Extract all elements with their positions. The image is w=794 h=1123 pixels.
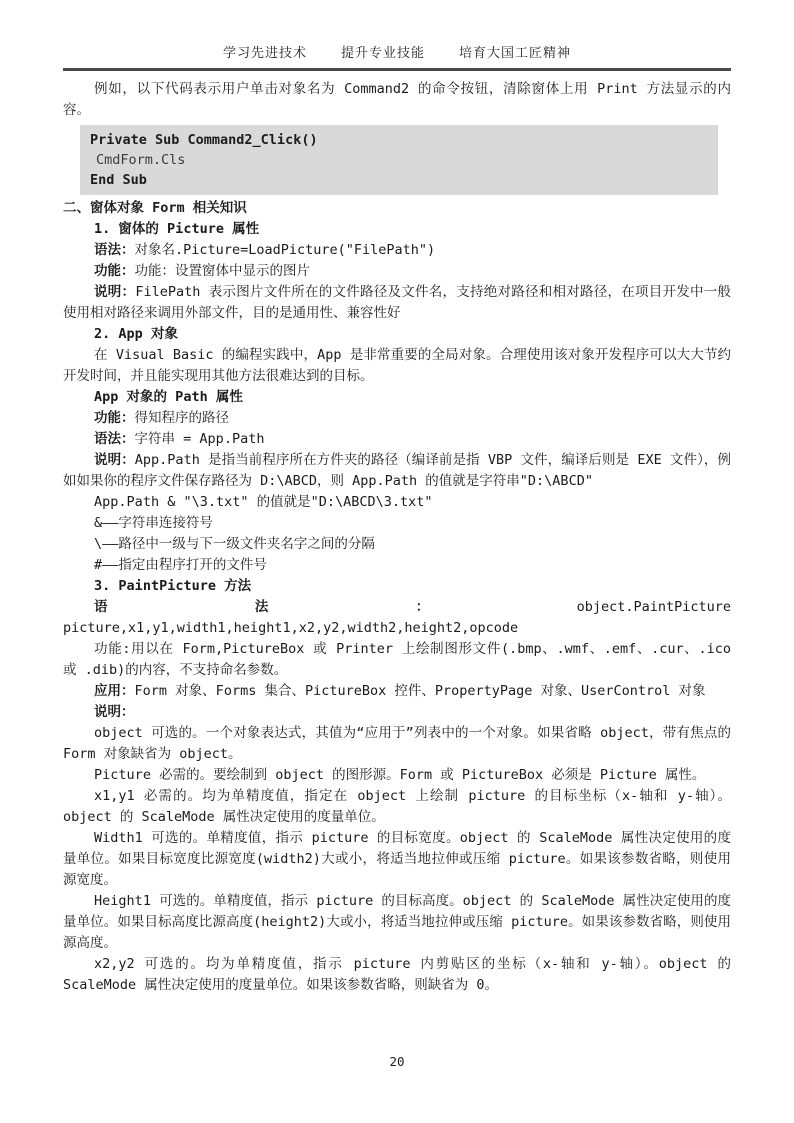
sub2-example-line: App.Path & "\3.txt" 的值就是"D:\ABCD\3.txt" <box>63 492 731 513</box>
sub1-syntax: 语法：对象名.Picture=LoadPicture("FilePath") <box>63 240 731 261</box>
sub1-note: 说明：FilePath 表示图片文件所在的文件路径及文件名，支持绝对路径和相对路… <box>63 282 731 324</box>
sub3-title: 3. PaintPicture 方法 <box>63 576 731 597</box>
header-slogan-3: 培育大国工匠精神 <box>459 42 571 61</box>
header-slogan-1: 学习先进技术 <box>223 42 307 61</box>
sub3-para-width1: Width1 可选的。单精度值，指示 picture 的目标宽度。object … <box>63 828 731 891</box>
note-text: FilePath 表示图片文件所在的文件路径及文件名，支持绝对路径和相对路径，在… <box>63 284 731 321</box>
function-label: 功能： <box>94 263 135 279</box>
code-line: End Sub <box>90 170 710 190</box>
document-body: 例如，以下代码表示用户单击对象名为 Command2 的命令按钮，清除窗体上用 … <box>63 79 731 996</box>
function-text: 功能：设置窗体中显示的图片 <box>135 263 311 279</box>
intro-paragraph: 例如，以下代码表示用户单击对象名为 Command2 的命令按钮，清除窗体上用 … <box>63 79 731 121</box>
sub2-path-property-title: App 对象的 Path 属性 <box>63 387 731 408</box>
syntax-text: 对象名.Picture=LoadPicture("FilePath") <box>135 242 436 258</box>
sub2-intro: 在 Visual Basic 的编程实践中，App 是非常重要的全局对象。合理使… <box>63 345 731 387</box>
note-label: 说明： <box>94 284 135 300</box>
sub1-function: 功能：功能：设置窗体中显示的图片 <box>63 261 731 282</box>
section-title: 二、窗体对象 Form 相关知识 <box>63 198 731 219</box>
code-line: Private Sub Command2_Click() <box>90 130 710 150</box>
page-header: 学习先进技术 提升专业技能 培育大国工匠精神 <box>63 42 731 71</box>
code-block: Private Sub Command2_Click() CmdForm.Cls… <box>80 125 718 195</box>
sub2-backslash-line: \——路径中一级与下一级文件夹名字之间的分隔 <box>63 534 731 555</box>
syntax-label: 语法： <box>94 242 135 258</box>
sub2-syntax: 语法：字符串 = App.Path <box>63 429 731 450</box>
syntax-text: 字符串 = App.Path <box>135 431 265 447</box>
header-slogan-2: 提升专业技能 <box>341 42 425 61</box>
code-line: CmdForm.Cls <box>90 150 710 170</box>
sub3-para-x1y1: x1,y1 必需的。均为单精度值，指定在 object 上绘制 picture … <box>63 786 731 828</box>
sub2-amp-line: &——字符串连接符号 <box>63 513 731 534</box>
syntax-label: 语法： <box>94 599 577 615</box>
document-page: 学习先进技术 提升专业技能 培育大国工匠精神 例如，以下代码表示用户单击对象名为… <box>0 0 794 1123</box>
page-number: 20 <box>0 1054 794 1069</box>
sub3-para-object: object 可选的。一个对象表达式，其值为“应用于”列表中的一个对象。如果省略… <box>63 723 731 765</box>
sub2-function: 功能：得知程序的路径 <box>63 408 731 429</box>
sub3-function: 功能:用以在 Form,PictureBox 或 Printer 上绘制图形文件… <box>63 639 731 681</box>
function-label: 功能： <box>94 410 135 426</box>
apply-text: Form 对象、Forms 集合、PictureBox 控件、PropertyP… <box>135 683 706 699</box>
sub1-title: 1. 窗体的 Picture 属性 <box>63 219 731 240</box>
syntax-label: 语法： <box>94 431 135 447</box>
sub3-syntax: 语法：object.PaintPicture picture,x1,y1,wid… <box>63 597 731 639</box>
sub2-note: 说明：App.Path 是指当前程序所在方件夹的路径（编译前是指 VBP 文件，… <box>63 450 731 492</box>
note-label: 说明： <box>94 452 135 468</box>
apply-label: 应用： <box>94 683 135 699</box>
sub2-title: 2. App 对象 <box>63 324 731 345</box>
function-text: 得知程序的路径 <box>135 410 230 426</box>
sub3-note-label: 说明： <box>63 702 731 723</box>
sub2-hash-line: #——指定由程序打开的文件号 <box>63 555 731 576</box>
sub3-para-x2y2: x2,y2 可选的。均为单精度值，指示 picture 内剪贴区的坐标（x-轴和… <box>63 954 731 996</box>
sub3-para-height1: Height1 可选的。单精度值，指示 picture 的目标高度。object… <box>63 891 731 954</box>
sub3-apply: 应用：Form 对象、Forms 集合、PictureBox 控件、Proper… <box>63 681 731 702</box>
sub3-para-picture: Picture 必需的。要绘制到 object 的图形源。Form 或 Pict… <box>63 765 731 786</box>
note-text: App.Path 是指当前程序所在方件夹的路径（编译前是指 VBP 文件，编译后… <box>63 452 731 489</box>
